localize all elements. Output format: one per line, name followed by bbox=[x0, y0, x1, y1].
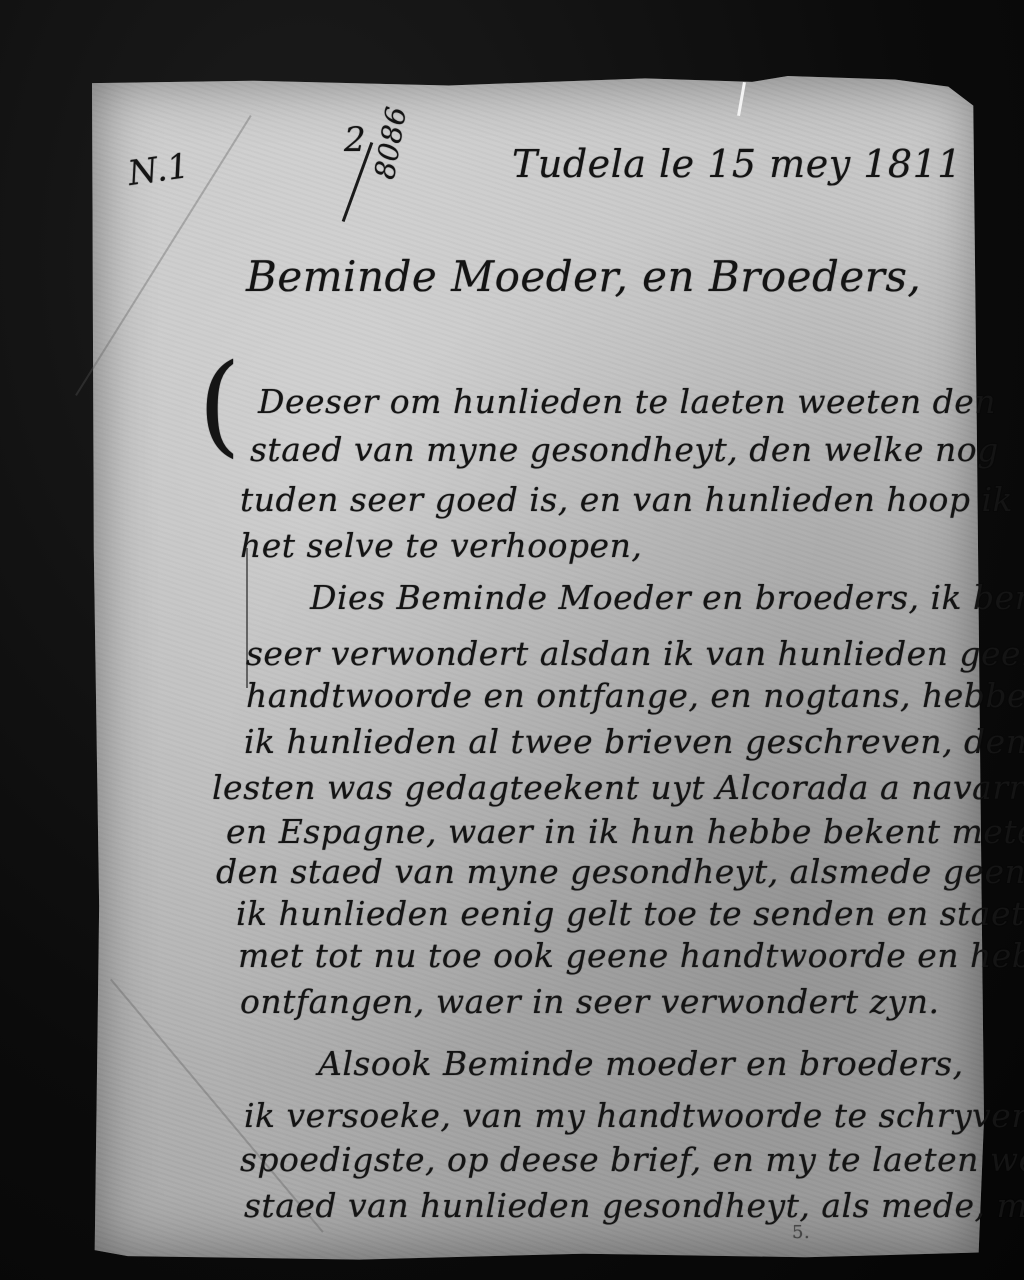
letter-line: tuden seer goed is, en van hunlieden hoo… bbox=[240, 480, 1013, 519]
letter-line: het selve te verhoopen, bbox=[240, 526, 642, 565]
letter-line: ik versoeke, van my handtwoorde te schry… bbox=[244, 1096, 1024, 1135]
page-mark: 5. bbox=[792, 1222, 810, 1243]
letter-line: Deeser om hunlieden te laeten weeten den bbox=[258, 382, 996, 421]
opening-bracket-mark: ( bbox=[198, 340, 241, 468]
salutation: Beminde Moeder, en Broeders, bbox=[246, 252, 921, 301]
letter-line: spoedigste, op deese brief, en my te lae… bbox=[240, 1140, 1024, 1179]
letter-line: en Espagne, waer in ik hun hebbe bekent … bbox=[226, 812, 1024, 851]
dateline: Tudela le 15 mey 1811 bbox=[512, 142, 962, 186]
letter-line: met tot nu toe ook geene handtwoorde en … bbox=[238, 936, 1024, 975]
letter-line: handtwoorde en ontfange, en nogtans, heb… bbox=[246, 676, 1024, 715]
letter-line: ik hunlieden al twee brieven geschreven,… bbox=[244, 722, 1024, 761]
letter-line: ontfangen, waer in seer verwondert zyn. bbox=[240, 982, 939, 1021]
folio-annotation: N.1 bbox=[126, 146, 192, 194]
letter-line: Alsook Beminde moeder en broeders, bbox=[318, 1044, 964, 1083]
letter-line: seer verwondert alsdan ik van hunlieden … bbox=[246, 634, 1024, 673]
letter-line: ik hunlieden eenig gelt toe te senden en… bbox=[236, 894, 1024, 933]
letter-line: den staed van myne gesondheyt, alsmede g… bbox=[216, 852, 1024, 891]
reference-numerator: 2 bbox=[344, 120, 366, 160]
letter-line: staed van hunlieden gesondheyt, als mede… bbox=[244, 1186, 1024, 1225]
letter-line: staed van myne gesondheyt, den welke nog bbox=[250, 430, 999, 469]
letter-line: lesten was gedagteekent uyt Alcorada a n… bbox=[212, 768, 1024, 807]
letter-line: Dies Beminde Moeder en broeders, ik ben bbox=[310, 578, 1024, 617]
